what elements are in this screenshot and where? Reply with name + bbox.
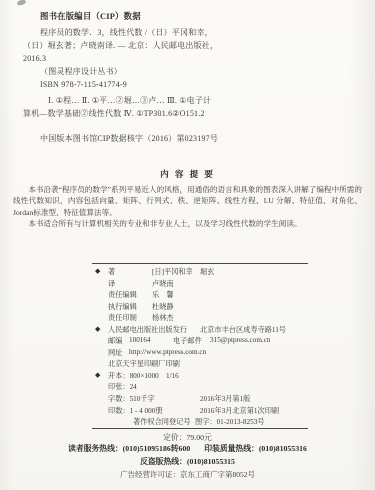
credit-value: [日]平冈和幸 堀玄	[152, 267, 214, 277]
credit-row-editor: 责任编辑 乐 馨	[92, 289, 308, 301]
diamond-bullet-icon: ◆	[95, 267, 100, 275]
copyright-registration-row: 著作权合同登记号 图字：01-2013-8253号	[92, 416, 308, 428]
summary-block: 本书沿袭“程序员的数学”系列平易近人的风格，用通俗的语言和具象的图表深入讲解了编…	[13, 184, 362, 230]
printrun-impression-row: 印数：1 - 4 000册 2016年3月北京第1次印刷	[92, 405, 308, 417]
website-row: 网址 http://www.ptpress.com.cn	[92, 347, 308, 359]
credit-row-author: ◆ 著 [日]平冈和幸 堀玄	[92, 266, 308, 278]
email-label: 电子邮件	[173, 336, 202, 346]
publisher-row: ◆ 人民邮电出版社出版发行 北京市丰台区成寿寺路11号	[92, 324, 308, 336]
printer-name: 北京天宇星印刷厂印刷	[108, 359, 180, 369]
publisher-name: 人民邮电出版社出版发行	[108, 325, 187, 335]
diamond-bullet-icon: ◆	[95, 325, 100, 333]
summary-paragraph-2: 本书适合所有与计算机相关的专业和非专业人士，以及学习线性代数的学生阅读。	[13, 218, 362, 229]
credit-value: 杨林杰	[152, 313, 174, 323]
antipiracy-hotline: 反盗版热线：(010)81055315	[0, 456, 375, 467]
quality-hotline: 印装质量热线：(010)81055316	[204, 444, 307, 453]
copyright-reg-label: 著作权合同登记号	[133, 417, 191, 427]
summary-paragraph-1: 本书沿袭“程序员的数学”系列平易近人的风格，用通俗的语言和具象的图表深入讲解了编…	[13, 184, 362, 218]
cip-title-line: 程序员的数学．3，线性代数 /（日）平冈和幸，	[40, 26, 361, 39]
copyright-reg-number: 图字：01-2013-8253号	[195, 417, 264, 427]
cip-class-line-2: 算机—数学基础②线性代数 Ⅳ. ①TP301.6②O151.2	[23, 107, 361, 120]
website-url: http://www.ptpress.com.cn	[129, 348, 206, 356]
scan-smudge-artifact	[16, 0, 26, 6]
printer-row: 北京天宇星印刷厂印刷	[92, 358, 308, 370]
cip-block: 图书在版编目（CIP）数据 程序员的数学．3，线性代数 /（日）平冈和幸， （日…	[23, 10, 361, 145]
credit-row-print-supervisor: 责任印制 杨林杰	[92, 312, 308, 324]
printrun-value: 印数：1 - 4 000册	[108, 406, 163, 416]
ad-license-line: 广告经营许可证：京东工商广字第8052号	[0, 469, 375, 480]
credit-label: 著	[108, 267, 115, 277]
impression-value: 2016年3月北京第1次印刷	[200, 406, 279, 416]
postcode-value: 100164	[129, 336, 151, 344]
credit-row-translator: 译 卢晓南	[92, 278, 308, 290]
wordcount-value: 字数：510千字	[108, 394, 155, 404]
format-row: ◆ 开本：800×1000 1/16	[92, 370, 308, 382]
diamond-bullet-icon: ◆	[95, 371, 100, 379]
wordcount-edition-row: 字数：510千字 2016年3月第1版	[92, 393, 308, 405]
format-value: 开本：800×1000 1/16	[108, 371, 179, 381]
credit-row-executive-editor: 执行编辑 杜晓静	[92, 301, 308, 313]
cip-class-line-1: Ⅰ. ①程… Ⅱ. ①平…②堀…③卢… Ⅲ. ①电子计	[48, 94, 361, 107]
credit-label: 责任编辑	[108, 290, 137, 300]
credit-value: 乐 馨	[152, 290, 174, 300]
cip-registry-line: 中国版本图书馆CIP数据核字（2016）第023197号	[40, 132, 361, 145]
hotlines-line: 读者服务热线：(010)51095186转600印装质量热线：(010)8105…	[0, 443, 375, 454]
credit-value: 杜晓静	[152, 302, 174, 312]
cip-series-line: （图灵程序设计丛书）	[40, 65, 361, 78]
sheets-value: 印张：24	[108, 382, 137, 392]
cip-heading: 图书在版编目（CIP）数据	[40, 10, 361, 23]
service-hotline: 读者服务热线：(010)51095186转600	[68, 444, 190, 453]
credit-label: 译	[108, 279, 115, 289]
credit-value: 卢晓南	[152, 279, 174, 289]
sheets-row: 印张：24	[92, 381, 308, 393]
postcode-email-row: 邮编 100164 电子邮件 315@ptpress.com.cn	[92, 335, 308, 347]
postcode-label: 邮编	[108, 336, 122, 346]
cip-author-line: （日）堀玄著；卢晓南译. — 北京：人民邮电出版社，	[23, 39, 361, 52]
email-value: 315@ptpress.com.cn	[210, 336, 271, 344]
credit-label: 责任印制	[108, 313, 137, 323]
cip-isbn-line: ISBN 978-7-115-41774-9	[40, 78, 361, 91]
colophon-block: ◆ 著 [日]平冈和幸 堀玄 译 卢晓南 责任编辑 乐 馨 执行编辑 杜晓静 责…	[92, 263, 308, 429]
edition-value: 2016年3月第1版	[200, 394, 250, 404]
book-copyright-page: 图书在版编目（CIP）数据 程序员的数学．3，线性代数 /（日）平冈和幸， （日…	[0, 0, 375, 490]
price-line: 定价：79.00元	[0, 432, 375, 443]
website-label: 网址	[108, 348, 122, 358]
cip-year-line: 2016.3	[23, 52, 361, 65]
publisher-address: 北京市丰台区成寿寺路11号	[200, 325, 286, 335]
credit-label: 执行编辑	[108, 302, 137, 312]
summary-heading: 内 容 提 要	[0, 168, 375, 180]
